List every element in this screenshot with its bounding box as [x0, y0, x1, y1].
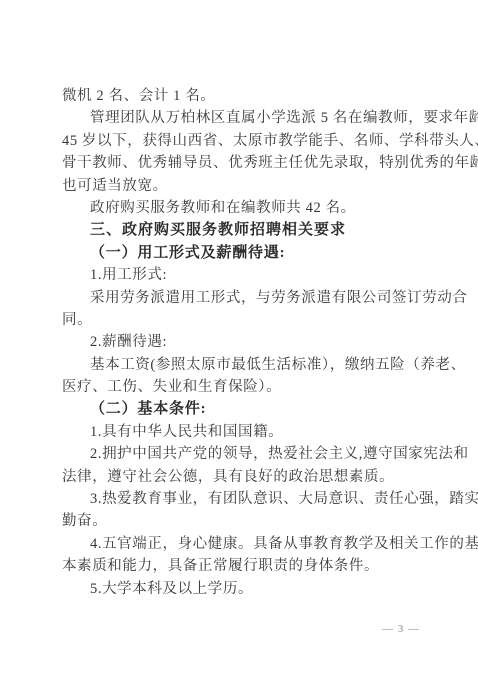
text-line: （二）基本条件: [62, 398, 420, 420]
text-line: 2.拥护中国共产党的领导，热爱社会主义,遵守国家宪法和 [62, 443, 420, 465]
text-line: 3.热爱教育事业，有团队意识、大局意识、责任心强，踏实 [62, 488, 420, 510]
text-line: 1.用工形式: [62, 264, 420, 286]
text-line: 勤奋。 [62, 510, 420, 532]
text-line: 三、政府购买服务教师招聘相关要求 [62, 219, 420, 241]
page-number: — 3 — [382, 623, 420, 635]
text-line: 管理团队从万柏林区直属小学选派 5 名在编教师，要求年龄 [62, 107, 420, 129]
text-line: 政府购买服务教师和在编教师共 42 名。 [62, 197, 420, 219]
text-line: 采用劳务派遣用工形式，与劳务派遣有限公司签订劳动合 [62, 287, 420, 309]
text-line: 医疗、工伤、失业和生育保险）。 [62, 376, 420, 398]
text-line: （一）用工形式及薪酬待遇: [62, 242, 420, 264]
text-line: 4.五官端正，身心健康。具备从事教育教学及相关工作的基 [62, 533, 420, 555]
document-body: 微机 2 名、会计 1 名。管理团队从万柏林区直属小学选派 5 名在编教师，要求… [62, 85, 420, 600]
text-line: 基本工资(参照太原市最低生活标准），缴纳五险（养老、 [62, 354, 420, 376]
text-line: 骨干教师、优秀辅导员、优秀班主任优先录取，特别优秀的年龄 [62, 152, 420, 174]
text-line: 本素质和能力，具备正常履行职责的身体条件。 [62, 555, 420, 577]
text-line: 也可适当放宽。 [62, 175, 420, 197]
text-line: 微机 2 名、会计 1 名。 [62, 85, 420, 107]
text-line: 45 岁以下，获得山西省、太原市教学能手、名师、学科带头人、 [62, 130, 420, 152]
text-line: 1.具有中华人民共和国国籍。 [62, 421, 420, 443]
document-page: 微机 2 名、会计 1 名。管理团队从万柏林区直属小学选派 5 名在编教师，要求… [0, 0, 478, 676]
text-line: 法律，遵守社会公德，具有良好的政治思想素质。 [62, 466, 420, 488]
text-line: 同。 [62, 309, 420, 331]
text-line: 2.薪酬待遇: [62, 331, 420, 353]
text-line: 5.大学本科及以上学历。 [62, 578, 420, 600]
